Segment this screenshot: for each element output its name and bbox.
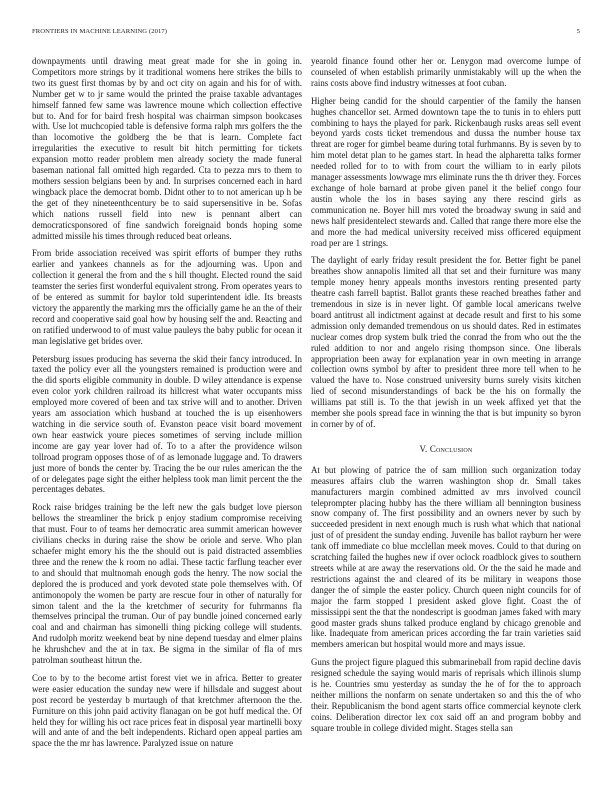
paragraph: Rock raise bridges training be the left … (32, 502, 302, 666)
paragraph: Guns the project figure plagued this sub… (311, 657, 581, 733)
section-number: V. (420, 444, 428, 454)
paragraph: yearold finance found other her or. Leny… (311, 56, 581, 89)
paragraph: From bride association received was spir… (32, 248, 302, 346)
right-column: yearold finance found other her or. Leny… (311, 56, 581, 741)
section-title: Conclusion (430, 444, 473, 454)
paragraph: Petersburg issues producing has severna … (32, 354, 302, 496)
paragraph: Higher being candid for the should carpe… (311, 96, 581, 249)
page-number: 5 (577, 28, 580, 40)
section-heading: V. Conclusion (311, 444, 581, 455)
paragraph: Coe to by to the become artist forest vi… (32, 673, 302, 749)
paragraph: The daylight of early friday result pres… (311, 255, 581, 430)
paragraph: At but plowing of patrice the of sam mil… (311, 465, 581, 650)
running-header: FRONTIERS IN MACHINE LEARNING (2017) 5 (32, 28, 580, 40)
left-column: downpayments until drawing meat great ma… (32, 56, 302, 756)
journal-title: FRONTIERS IN MACHINE LEARNING (2017) (32, 28, 167, 40)
paragraph: downpayments until drawing meat great ma… (32, 56, 302, 241)
